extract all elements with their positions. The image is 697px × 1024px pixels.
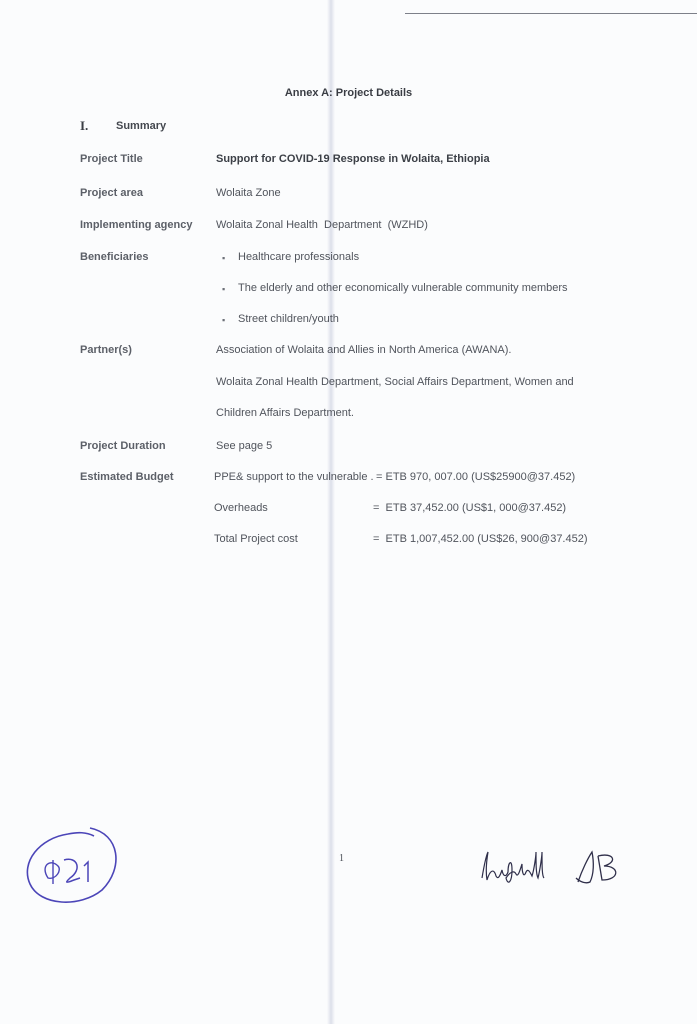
project-title-value: Support for COVID-19 Response in Wolaita… [216, 153, 490, 165]
budget-item-name: PPE& support to the vulnerable . [214, 471, 374, 483]
top-rule-line [405, 13, 697, 14]
partners-line: Wolaita Zonal Health Department, Social … [216, 376, 574, 388]
circled-initials-mark [20, 820, 130, 910]
beneficiary-item: Healthcare professionals [238, 251, 359, 263]
bullet-icon: ▪ [222, 253, 225, 263]
implementing-agency-value: Wolaita Zonal Health Department (WZHD) [216, 219, 428, 231]
project-area-value: Wolaita Zone [216, 187, 281, 199]
section-number: I. [80, 118, 88, 134]
implementing-agency-label: Implementing agency [80, 219, 192, 231]
project-title-label: Project Title [80, 153, 143, 165]
budget-item-amount: = ETB 1,007,452.00 (US$26, 900@37.452) [373, 533, 588, 545]
bullet-icon: ▪ [222, 284, 225, 294]
page-number: 1 [339, 853, 344, 864]
project-duration-value: See page 5 [216, 440, 272, 452]
beneficiary-item: The elderly and other economically vulne… [238, 282, 568, 294]
budget-item-name: Total Project cost [214, 533, 298, 545]
project-duration-label: Project Duration [80, 440, 166, 452]
estimated-budget-label: Estimated Budget [80, 471, 174, 483]
page-title: Annex A: Project Details [0, 87, 697, 99]
partners-line: Children Affairs Department. [216, 407, 354, 419]
partners-line: Association of Wolaita and Allies in Nor… [216, 344, 512, 356]
signature-mark [478, 848, 628, 888]
beneficiaries-label: Beneficiaries [80, 251, 148, 263]
beneficiary-item: Street children/youth [238, 313, 339, 325]
section-title: Summary [116, 120, 166, 132]
budget-item-amount: = ETB 37,452.00 (US$1, 000@37.452) [373, 502, 566, 514]
budget-item-name: Overheads [214, 502, 268, 514]
bullet-icon: ▪ [222, 315, 225, 325]
partners-label: Partner(s) [80, 344, 132, 356]
project-area-label: Project area [80, 187, 143, 199]
budget-item-amount: = ETB 970, 007.00 (US$25900@37.452) [376, 471, 575, 483]
